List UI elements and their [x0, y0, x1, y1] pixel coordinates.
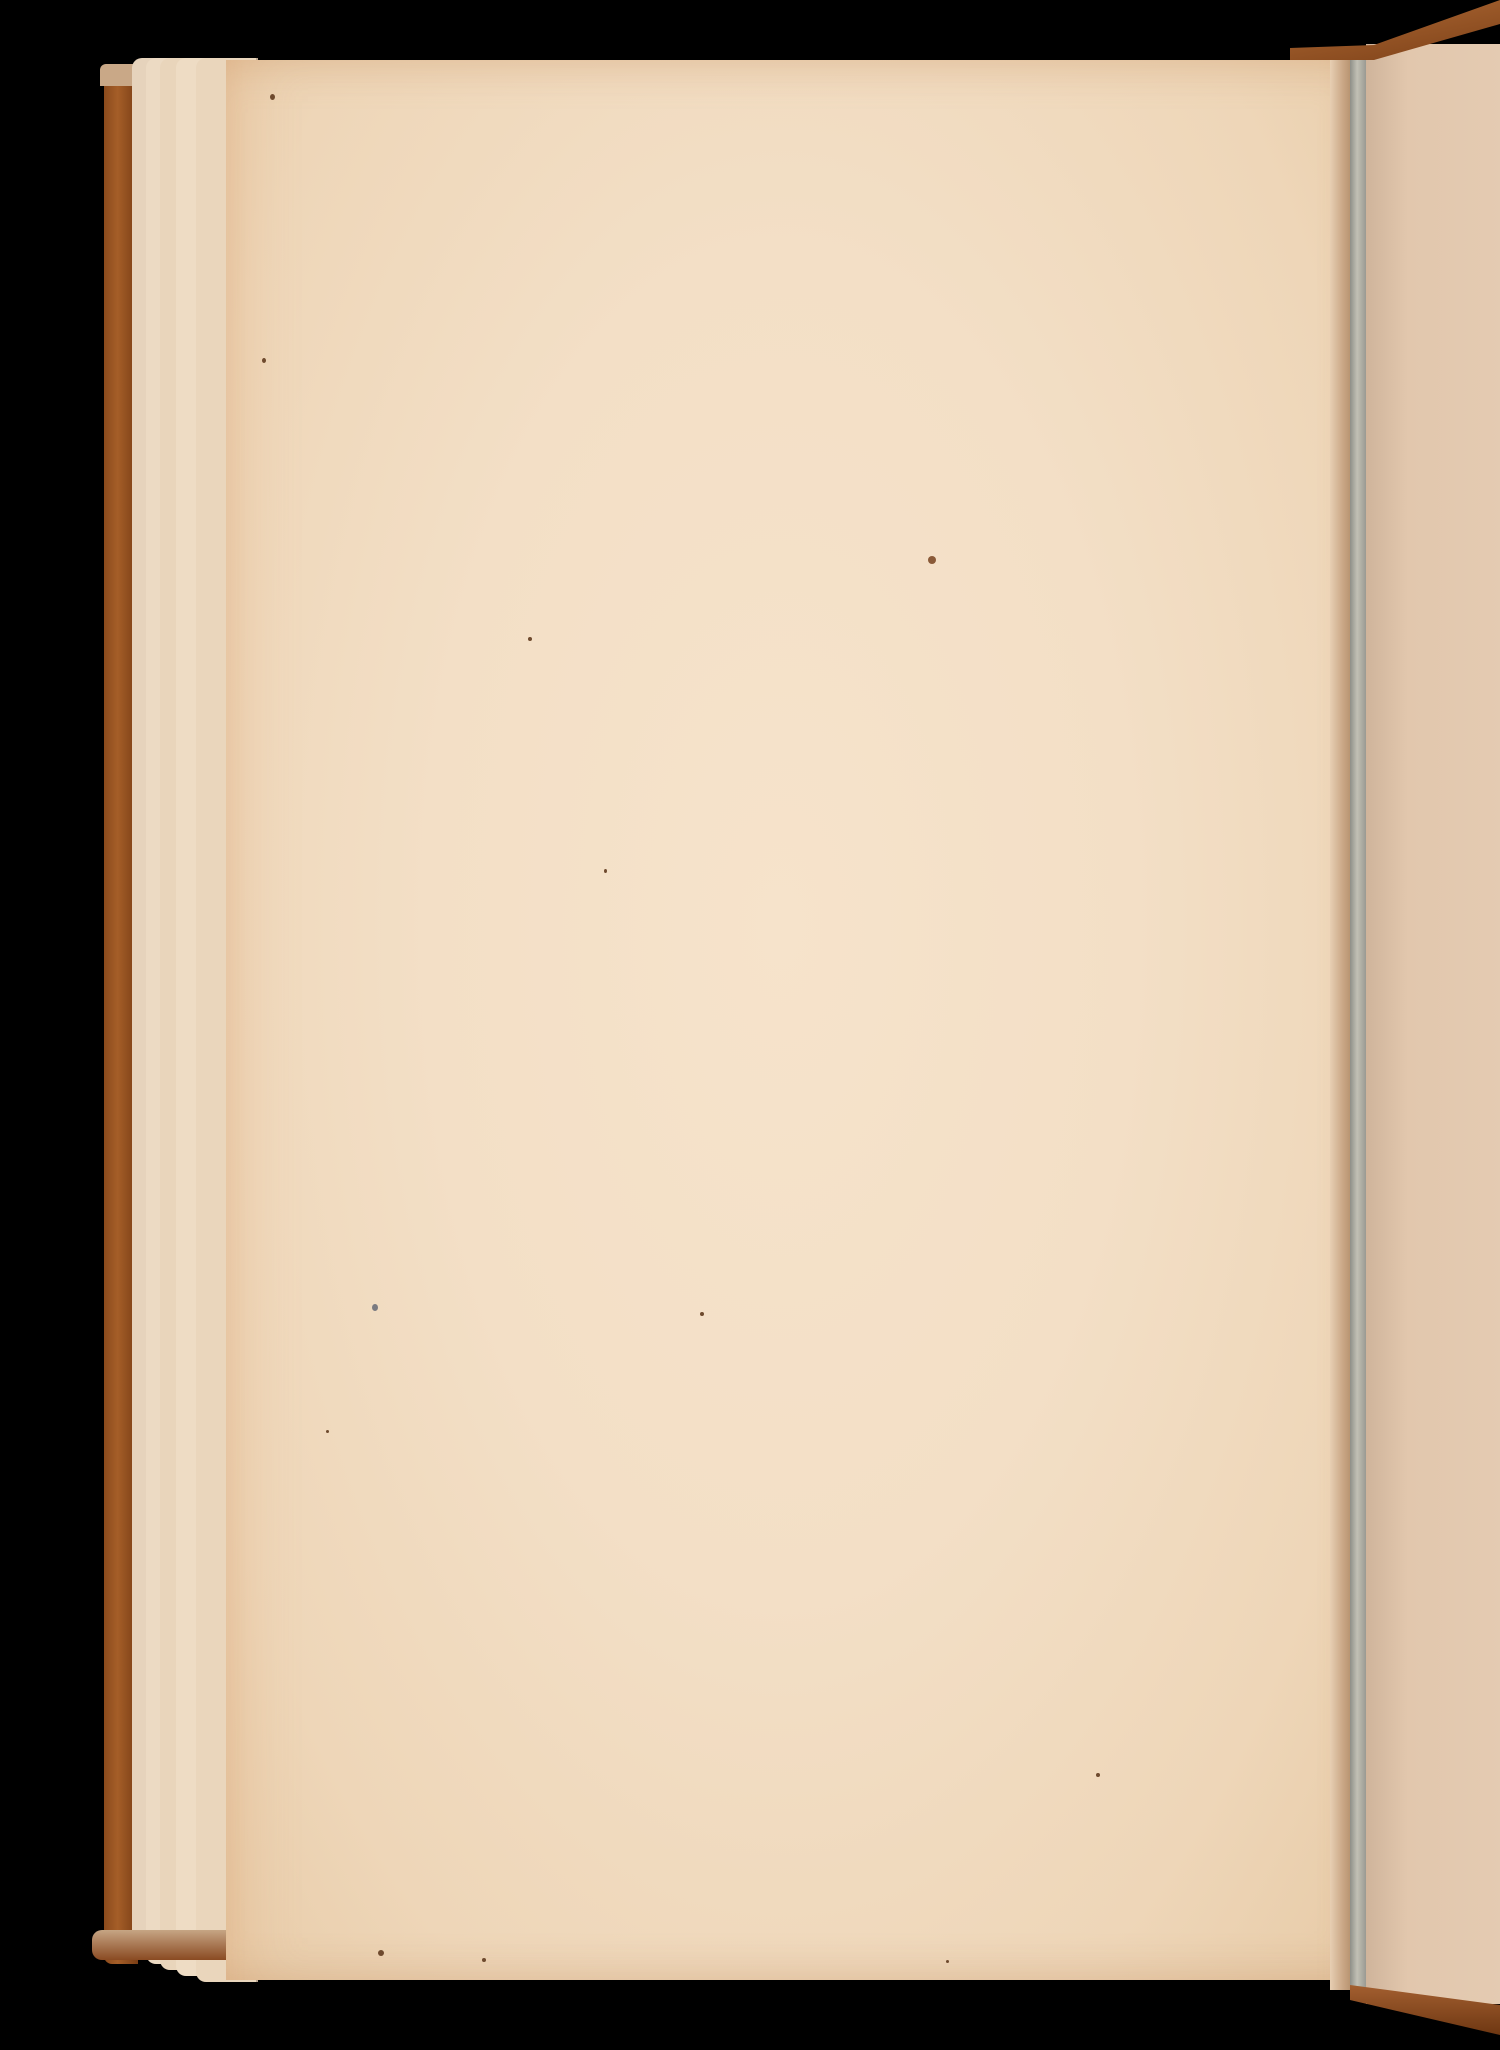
- foxing-spot: [1096, 1773, 1100, 1777]
- facing-inside-cover: [1366, 44, 1500, 2004]
- foxing-spot: [326, 1430, 329, 1433]
- elastic-band: [1350, 48, 1366, 1996]
- foxing-spot: [928, 556, 936, 564]
- foxing-spot: [946, 1960, 949, 1963]
- blank-page: [226, 60, 1336, 1980]
- foxing-spot: [270, 94, 275, 100]
- gutter: [1330, 50, 1352, 1990]
- foxing-spot: [528, 637, 532, 641]
- foxing-spot: [372, 1304, 378, 1311]
- foxing-spot: [378, 1950, 384, 1956]
- book-scan: [0, 0, 1500, 2050]
- spine-cap-bottom: [92, 1930, 232, 1960]
- foxing-spot: [604, 869, 607, 873]
- foxing-spot: [262, 358, 266, 363]
- page-text-area: [336, 140, 1246, 1900]
- foxing-spot: [482, 1958, 486, 1962]
- foxing-spot: [700, 1312, 704, 1316]
